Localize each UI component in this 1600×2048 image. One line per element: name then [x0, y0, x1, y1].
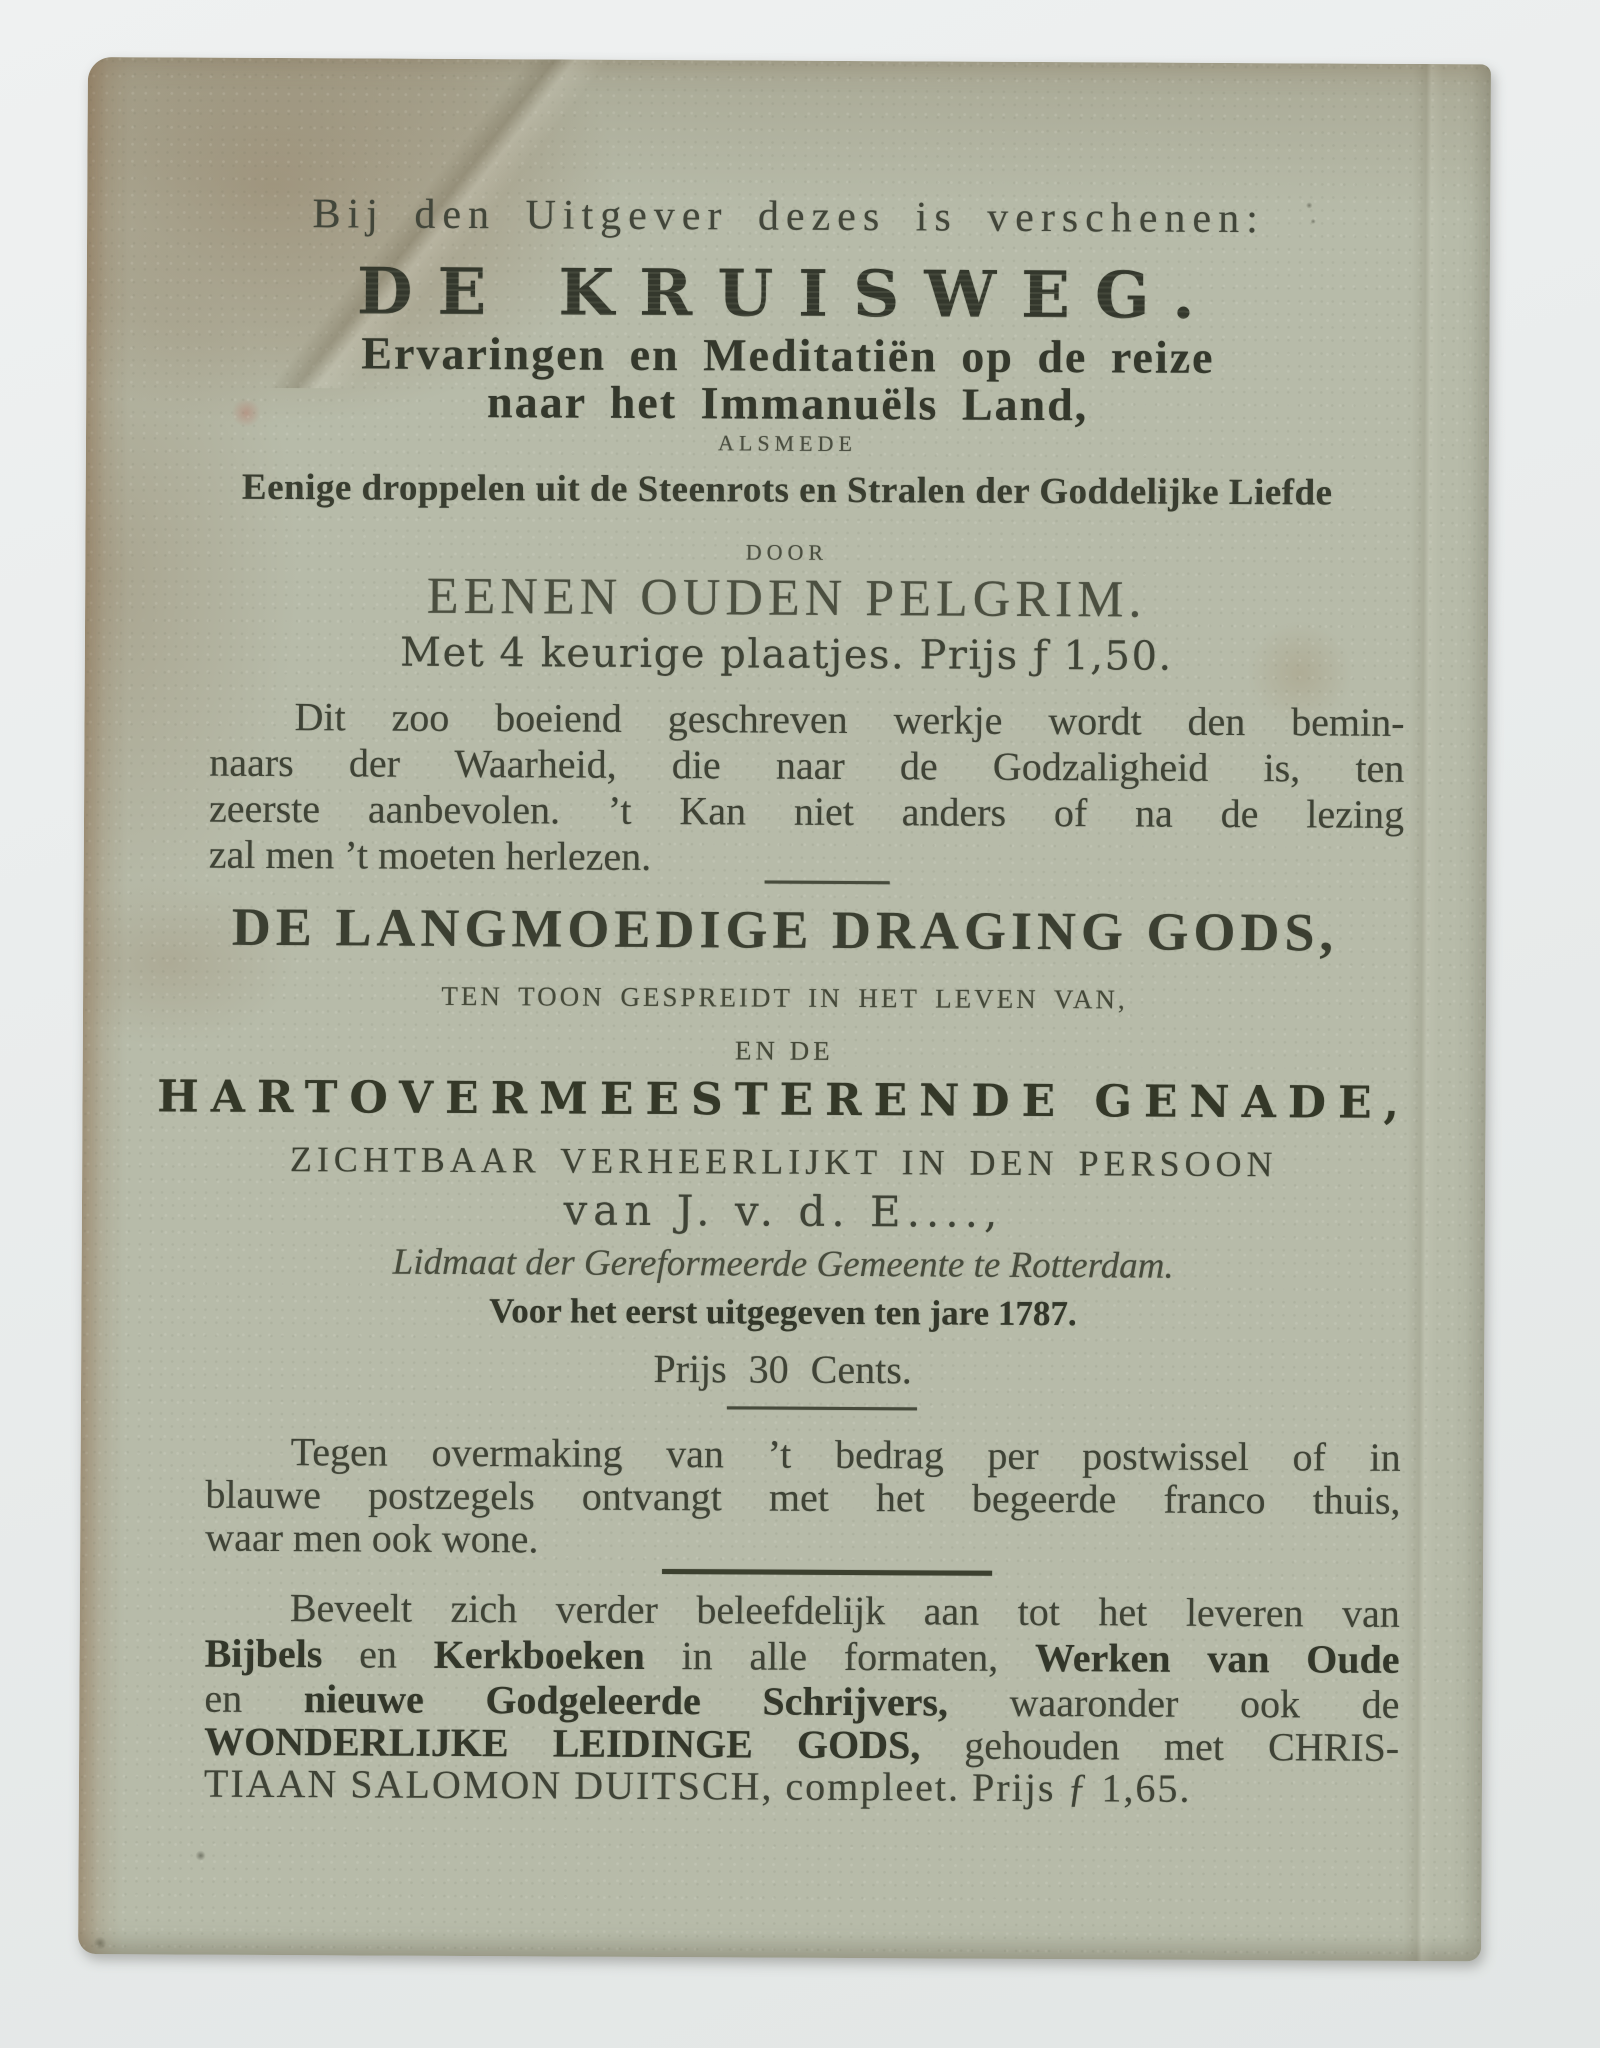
- review-line-2: naars der Waarheid, die naar de Godzalig…: [209, 740, 1404, 792]
- zichtbaar-line: ZICHTBAAR VERHEERLIJKT IN DEN PERSOON: [82, 1137, 1485, 1186]
- first-published-line: Voor het eerst uitgegeven ten jare 1787.: [81, 1289, 1484, 1336]
- offer-bold-werken-van-oude: Werken van Oude: [1035, 1635, 1400, 1682]
- kruisweg-subtitle-line2: naar het Immanuëls Land,: [86, 373, 1489, 433]
- offer-text-duitsch: TIAAN SALOMON DUITSCH, compleet. Prijs ƒ…: [204, 1761, 1192, 1811]
- offer-bold-kerkboeken: Kerkboeken: [434, 1632, 645, 1678]
- offer-text: en: [322, 1631, 433, 1677]
- title-de-kruisweg: DE KRUISWEG.: [87, 253, 1490, 335]
- divider-rule-3: [662, 1569, 992, 1576]
- offer-text: en: [204, 1676, 304, 1722]
- photo-background: Bij den Uitgever dezes is verschenen: DE…: [0, 0, 1600, 2048]
- offer-bold-wonderlijke-leidinge-gods: WONDERLIJKE LEIDINGE GODS,: [204, 1719, 920, 1768]
- publisher-announcement-line: Bij den Uitgever dezes is verschenen:: [87, 189, 1490, 244]
- offer-text: in alle formaten,: [645, 1633, 1035, 1680]
- title-langmoedige-draging-gods: DE LANGMOEDIGE DRAGING GODS,: [83, 895, 1486, 964]
- review-line-3: zeerste aanbevolen. ’t Kan niet anders o…: [209, 786, 1404, 838]
- offer-bold-bijbels: Bijbels: [205, 1631, 323, 1677]
- title-hartovermeesterende-genade: HARTOVERMEESTERENDE GENADE,: [82, 1071, 1485, 1129]
- offer-text: waaronder ook de: [948, 1680, 1400, 1727]
- payment-line-3: waar men ook wone.: [205, 1515, 1400, 1567]
- divider-rule-1: [765, 881, 890, 885]
- droplets-line: Eenige droppelen uit de Steenrots en Str…: [86, 465, 1489, 515]
- van-jvde-line: van J. v. d. E....,: [82, 1183, 1485, 1239]
- plates-price-line: Met 4 keurige plaatjes. Prijs ƒ 1,50.: [85, 628, 1488, 681]
- review-line-4: zal men ’t moeten herlezen.: [209, 832, 1404, 884]
- door-label: DOOR: [85, 536, 1488, 569]
- author-eenen-ouden-pelgrim: EENEN OUDEN PELGRIM.: [85, 565, 1488, 631]
- offer-line-5: TIAAN SALOMON DUITSCH, compleet. Prijs ƒ…: [204, 1761, 1399, 1813]
- price-30-cents-line: Prijs 30 Cents.: [81, 1342, 1484, 1396]
- review-line-1: Dit zoo boeiend geschreven werkje wordt …: [209, 694, 1404, 746]
- offer-bold-godgeleerde-schrijvers: nieuwe Godgeleerde Schrijvers,: [304, 1676, 948, 1724]
- ten-toon-line: TEN TOON GESPREIDT IN HET LEVEN VAN,: [83, 979, 1486, 1017]
- offer-line-1: Beveelt zich verder beleefdelijk aan tot…: [205, 1585, 1400, 1637]
- offer-line-2: Bijbels en Kerkboeken in alle formaten, …: [205, 1631, 1400, 1683]
- offer-text: gehouden met CHRIS-: [920, 1722, 1399, 1770]
- en-de-label: EN DE: [83, 1032, 1486, 1070]
- booklet-back-cover: Bij den Uitgever dezes is verschenen: DE…: [78, 57, 1491, 1961]
- divider-rule-2: [727, 1406, 917, 1410]
- lidmaat-line: Lidmaat der Gereformeerde Gemeente te Ro…: [82, 1239, 1485, 1289]
